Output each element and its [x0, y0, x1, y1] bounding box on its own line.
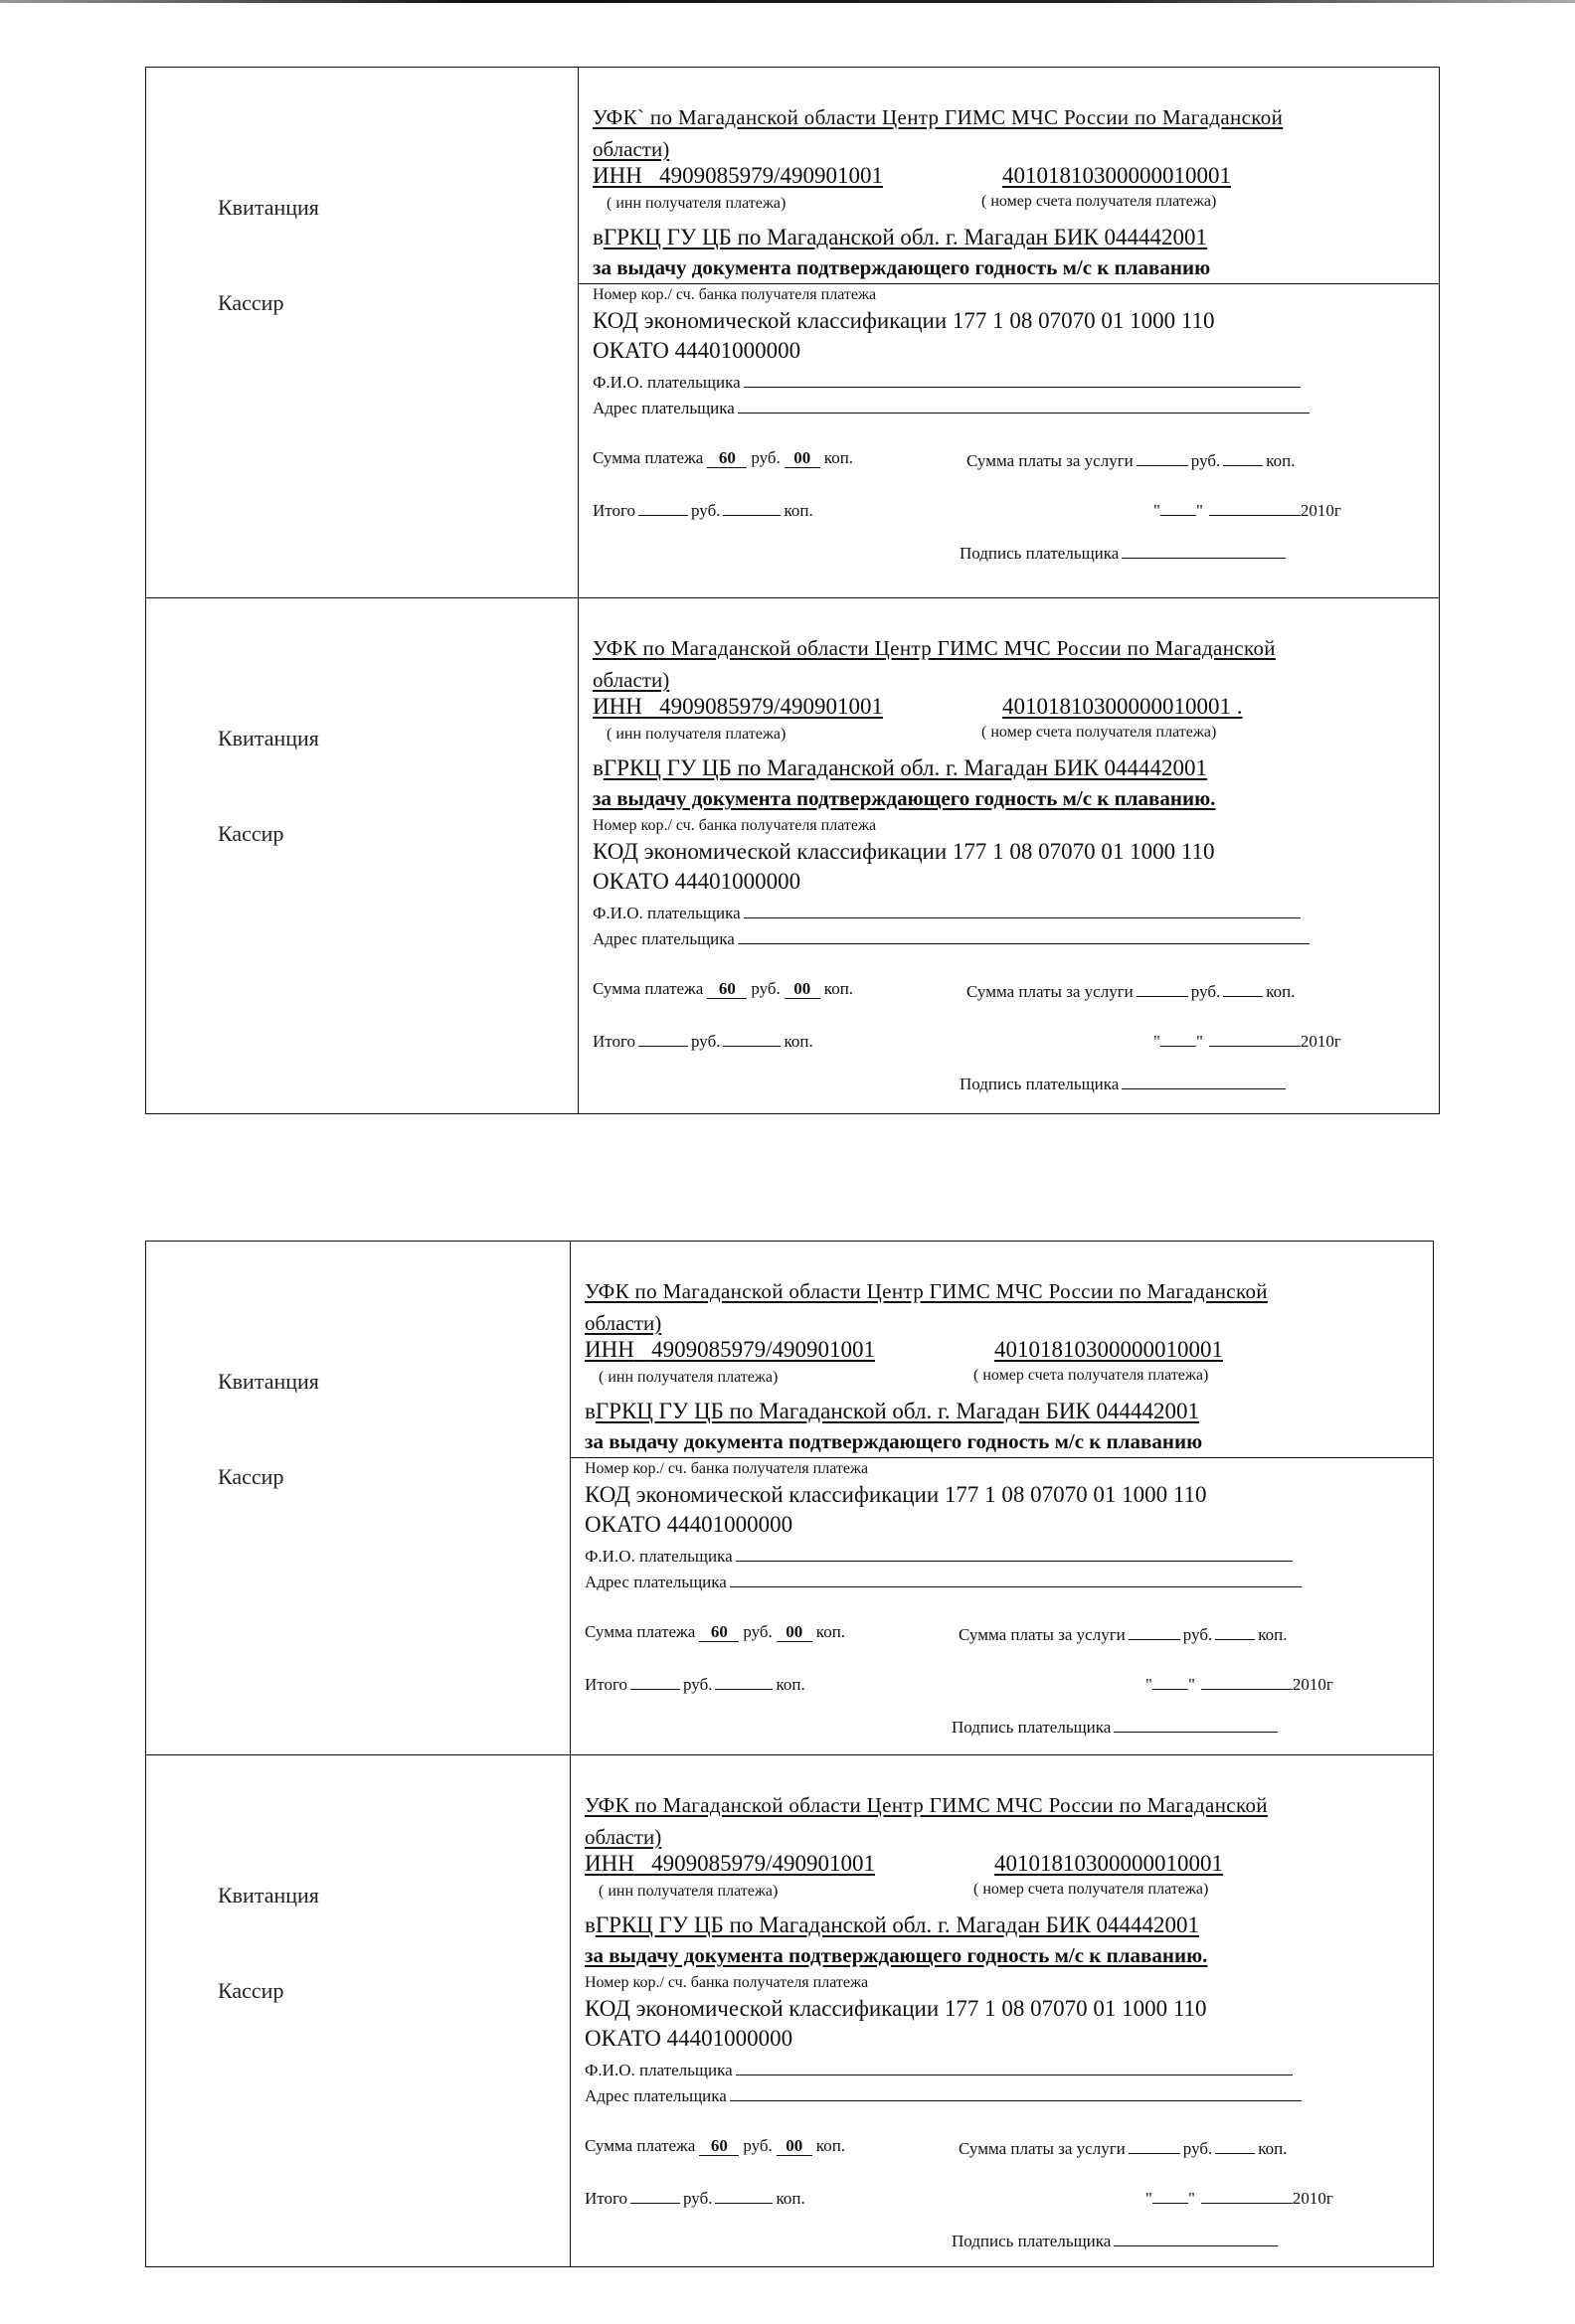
bank-prefix: в — [585, 1399, 596, 1423]
rub-label: руб. — [743, 2136, 772, 2155]
kop-label: коп. — [1266, 451, 1295, 470]
payer-address-field[interactable] — [730, 2083, 1302, 2101]
payer-address-label: Адрес плательщика — [593, 929, 735, 948]
payment-sum-row: Сумма платежа60руб.00коп. — [593, 448, 853, 468]
receipt-body: УФК по Магаданской области Центр ГИМС МЧ… — [571, 1242, 1433, 1754]
payment-purpose: за выдачу документа подтверждающего годн… — [585, 1943, 1207, 1968]
signature-row: Подпись плательщика — [952, 2229, 1281, 2251]
receipt-stub: Квитанция Кассир — [146, 598, 579, 1114]
payment-sum-kop: 00 — [777, 1623, 812, 1642]
account-caption: ( номер счета получателя платежа) — [981, 724, 1216, 742]
bank-name-bik: ГРКЦ ГУ ЦБ по Магаданской обл. г. Магада… — [596, 1912, 1199, 1937]
total-kop-field[interactable] — [715, 1672, 773, 1690]
total-row: Итогоруб.коп. — [585, 2186, 805, 2209]
account-caption: ( номер счета получателя платежа) — [973, 1367, 1208, 1385]
total-kop-field[interactable] — [715, 2186, 773, 2204]
total-row: Итогоруб.коп. — [593, 1029, 813, 1052]
date-day-field[interactable] — [1160, 1029, 1196, 1047]
date-month-field[interactable] — [1209, 1029, 1301, 1047]
signature-row: Подпись плательщика — [952, 1715, 1281, 1738]
payer-name-field[interactable] — [736, 1544, 1293, 1562]
bank-name-bik: ГРКЦ ГУ ЦБ по Магаданской обл. г. Магада… — [604, 225, 1207, 249]
payer-name-label: Ф.И.О. плательщика — [593, 904, 741, 922]
payee-name-line2: области) — [593, 137, 669, 162]
inn-account-line: ИНН 4909085979/4909010014010181030000001… — [585, 1851, 1223, 1877]
inn-label: ИНН — [585, 1337, 634, 1362]
service-fee-kop-field[interactable] — [1223, 448, 1263, 466]
rub-label: руб. — [751, 979, 780, 998]
rub-label: руб. — [751, 448, 780, 467]
year-label: 2010г — [1301, 1032, 1341, 1051]
inn-label: ИНН — [585, 1851, 634, 1876]
date-quote-close: " — [1188, 1675, 1195, 1694]
rub-label: руб. — [683, 2189, 712, 2208]
kop-label: коп. — [784, 1032, 812, 1051]
signature-row: Подпись плательщика — [960, 1072, 1289, 1094]
payment-purpose: за выдачу документа подтверждающего годн… — [593, 255, 1210, 280]
payment-sum-rub: 60 — [699, 2137, 739, 2156]
service-fee-row: Сумма платы за услугируб.коп. — [966, 448, 1296, 471]
date-month-field[interactable] — [1209, 498, 1301, 516]
kop-label: коп. — [776, 1675, 804, 1694]
bank-name-bik: ГРКЦ ГУ ЦБ по Магаданской обл. г. Магада… — [596, 1399, 1199, 1423]
total-label: Итого — [585, 1675, 627, 1694]
bank-line: вГРКЦ ГУ ЦБ по Магаданской обл. г. Магад… — [593, 225, 1207, 250]
cashier-label: Кассир — [218, 290, 283, 316]
payer-address-label: Адрес плательщика — [593, 399, 735, 417]
signature-field[interactable] — [1122, 1072, 1286, 1089]
bank-line: вГРКЦ ГУ ЦБ по Магаданской обл. г. Магад… — [585, 1912, 1199, 1938]
total-label: Итого — [593, 1032, 635, 1051]
inn-caption: ( инн получателя платежа) — [607, 195, 786, 213]
date-day-field[interactable] — [1160, 498, 1196, 516]
service-fee-row: Сумма платы за услугируб.коп. — [959, 1622, 1288, 1645]
cashier-label: Кассир — [218, 1978, 283, 2004]
service-fee-kop-field[interactable] — [1215, 2136, 1255, 2154]
payer-name-field[interactable] — [744, 370, 1301, 388]
payer-name-label: Ф.И.О. плательщика — [585, 1547, 733, 1566]
service-fee-label: Сумма платы за услуги — [959, 2139, 1126, 2158]
payment-sum-kop: 00 — [777, 2137, 812, 2156]
payment-sum-label: Сумма платежа — [593, 448, 703, 467]
total-row: Итогоруб.коп. — [593, 498, 813, 521]
payment-sum-label: Сумма платежа — [593, 979, 703, 998]
rub-label: руб. — [683, 1675, 712, 1694]
kop-label: коп. — [1258, 1625, 1287, 1644]
payee-name-line1: УФК по Магаданской области Центр ГИМС МЧ… — [593, 636, 1276, 661]
service-fee-row: Сумма платы за услугируб.коп. — [959, 2136, 1288, 2159]
service-fee-rub-field[interactable] — [1137, 979, 1188, 997]
inn-value: 4909085979/490901001 — [651, 1337, 875, 1362]
inn-label: ИНН — [593, 694, 642, 719]
payer-name-row: Ф.И.О. плательщика — [585, 2058, 1296, 2080]
payee-name-line1: УФК` по Магаданской области Центр ГИМС М… — [593, 105, 1283, 130]
bank-name-bik: ГРКЦ ГУ ЦБ по Магаданской обл. г. Магада… — [604, 755, 1207, 780]
payer-address-field[interactable] — [730, 1570, 1302, 1587]
payment-sum-kop: 00 — [785, 449, 820, 468]
payment-sum-rub: 60 — [707, 980, 747, 999]
receipt-stub: Квитанция Кассир — [146, 68, 579, 597]
bank-prefix: в — [585, 1912, 596, 1937]
signature-label: Подпись плательщика — [952, 2232, 1111, 2250]
inn-account-line: ИНН 4909085979/4909010014010181030000001… — [585, 1337, 1223, 1363]
service-fee-rub-field[interactable] — [1129, 2136, 1180, 2154]
date-row: ""2010г — [1145, 2186, 1333, 2209]
payer-address-row: Адрес плательщика — [585, 1570, 1305, 1592]
okato-line: ОКАТО 44401000000 — [585, 1512, 792, 1538]
kop-label: коп. — [816, 1622, 845, 1641]
total-row: Итогоруб.коп. — [585, 1672, 805, 1695]
payee-name-line2: области) — [585, 1825, 661, 1850]
account-value: 40101810300000010001 — [994, 1851, 1223, 1876]
payment-sum-label: Сумма платежа — [585, 2136, 695, 2155]
service-fee-rub-field[interactable] — [1137, 448, 1188, 466]
date-quote-open: " — [1153, 501, 1160, 520]
payer-name-row: Ф.И.О. плательщика — [593, 370, 1304, 393]
account-value: 40101810300000010001 — [1002, 163, 1231, 188]
receipt-stub: Квитанция Кассир — [146, 1242, 571, 1754]
date-quote-close: " — [1196, 1032, 1203, 1051]
payment-receipt: Квитанция Кассир УФК` по Магаданской обл… — [146, 68, 1439, 597]
payment-sum-label: Сумма платежа — [585, 1622, 695, 1641]
date-quote-open: " — [1145, 1675, 1152, 1694]
receipt-sheet-bottom: Квитанция Кассир УФК по Магаданской обла… — [145, 1241, 1434, 2267]
account-caption: ( номер счета получателя платежа) — [981, 193, 1216, 211]
payment-receipt: Квитанция Кассир УФК по Магаданской обла… — [146, 597, 1439, 1114]
payer-address-field[interactable] — [738, 396, 1310, 414]
service-fee-kop-field[interactable] — [1223, 979, 1263, 997]
inn-caption: ( инн получателя платежа) — [599, 1369, 778, 1387]
bank-prefix: в — [593, 755, 604, 780]
rub-label: руб. — [1191, 451, 1220, 470]
signature-label: Подпись плательщика — [960, 1075, 1119, 1093]
rub-label: руб. — [1191, 982, 1220, 1001]
payment-sum-rub: 60 — [707, 449, 747, 468]
service-fee-rub-field[interactable] — [1129, 1622, 1180, 1640]
rub-label: руб. — [1183, 1625, 1212, 1644]
payer-name-row: Ф.И.О. плательщика — [593, 901, 1304, 923]
date-row: ""2010г — [1153, 1029, 1341, 1052]
service-fee-label: Сумма платы за услуги — [966, 982, 1134, 1001]
kop-label: коп. — [1266, 982, 1295, 1001]
date-day-field[interactable] — [1152, 2186, 1188, 2204]
payer-name-field[interactable] — [736, 2058, 1293, 2075]
kop-label: коп. — [1258, 2139, 1287, 2158]
payment-receipt: Квитанция Кассир УФК по Магаданской обла… — [146, 1754, 1433, 2267]
receipt-stub: Квитанция Кассир — [146, 1755, 571, 2267]
date-month-field[interactable] — [1201, 1672, 1293, 1690]
payer-name-label: Ф.И.О. плательщика — [585, 2061, 733, 2079]
payee-name-line2: области) — [593, 668, 669, 693]
signature-field[interactable] — [1114, 1715, 1278, 1733]
corr-account-label: Номер кор./ сч. банка получателя платежа — [593, 286, 876, 304]
inn-caption: ( инн получателя платежа) — [607, 726, 786, 744]
okato-line: ОКАТО 44401000000 — [585, 2026, 792, 2052]
rub-label: руб. — [743, 1622, 772, 1641]
rub-label: руб. — [691, 1032, 720, 1051]
total-rub-field[interactable] — [638, 498, 688, 516]
receipt-sheet-top: Квитанция Кассир УФК` по Магаданской обл… — [145, 67, 1440, 1114]
kop-label: коп. — [824, 448, 853, 467]
account-caption: ( номер счета получателя платежа) — [973, 1881, 1208, 1899]
payer-address-field[interactable] — [738, 926, 1310, 944]
corr-account-label: Номер кор./ сч. банка получателя платежа — [585, 1974, 868, 1992]
payee-name-line1: УФК по Магаданской области Центр ГИМС МЧ… — [585, 1793, 1268, 1818]
signature-field[interactable] — [1114, 2229, 1278, 2246]
receipt-body: УФК по Магаданской области Центр ГИМС МЧ… — [571, 1755, 1433, 2267]
total-rub-field[interactable] — [638, 1029, 688, 1047]
payer-address-row: Адрес плательщика — [585, 2083, 1305, 2106]
signature-row: Подпись плательщика — [960, 541, 1289, 564]
inn-value: 4909085979/490901001 — [659, 694, 883, 719]
service-fee-label: Сумма платы за услуги — [966, 451, 1134, 470]
payer-name-row: Ф.И.О. плательщика — [585, 1544, 1296, 1567]
bank-line: вГРКЦ ГУ ЦБ по Магаданской обл. г. Магад… — [593, 755, 1207, 781]
scan-top-edge — [0, 0, 1575, 3]
corr-account-label: Номер кор./ сч. банка получателя платежа — [585, 1460, 868, 1478]
date-day-field[interactable] — [1152, 1672, 1188, 1690]
section-divider — [571, 1457, 1433, 1458]
signature-label: Подпись плательщика — [952, 1718, 1111, 1737]
receipt-body: УФК по Магаданской области Центр ГИМС МЧ… — [579, 598, 1439, 1114]
service-fee-kop-field[interactable] — [1215, 1622, 1255, 1640]
receipt-body: УФК` по Магаданской области Центр ГИМС М… — [579, 68, 1439, 597]
corr-account-label: Номер кор./ сч. банка получателя платежа — [593, 817, 876, 835]
account-value: 40101810300000010001 — [994, 1337, 1223, 1362]
signature-field[interactable] — [1122, 541, 1286, 559]
rub-label: руб. — [691, 501, 720, 520]
total-kop-field[interactable] — [723, 498, 781, 516]
signature-label: Подпись плательщика — [960, 544, 1119, 563]
payment-sum-row: Сумма платежа60руб.00коп. — [593, 979, 853, 999]
kbk-code-line: КОД экономической классификации 177 1 08… — [593, 839, 1215, 865]
cashier-label: Кассир — [218, 1464, 283, 1490]
inn-account-line: ИНН 4909085979/4909010014010181030000001… — [593, 163, 1231, 189]
payment-sum-row: Сумма платежа60руб.00коп. — [585, 2136, 845, 2156]
kop-label: коп. — [776, 2189, 804, 2208]
receipt-title: Квитанция — [218, 1369, 319, 1395]
payer-address-row: Адрес плательщика — [593, 926, 1312, 949]
year-label: 2010г — [1293, 2189, 1333, 2208]
service-fee-row: Сумма платы за услугируб.коп. — [966, 979, 1296, 1002]
date-quote-open: " — [1153, 1032, 1160, 1051]
inn-caption: ( инн получателя платежа) — [599, 1883, 778, 1901]
okato-line: ОКАТО 44401000000 — [593, 869, 800, 895]
kop-label: коп. — [816, 2136, 845, 2155]
inn-label: ИНН — [593, 163, 642, 188]
date-row: ""2010г — [1153, 498, 1341, 521]
payee-name-line1: УФК по Магаданской области Центр ГИМС МЧ… — [585, 1279, 1268, 1304]
receipt-title: Квитанция — [218, 1883, 319, 1909]
date-quote-close: " — [1188, 2189, 1195, 2208]
payee-name-line2: области) — [585, 1311, 661, 1336]
kbk-code-line: КОД экономической классификации 177 1 08… — [585, 1996, 1207, 2022]
payer-address-label: Адрес плательщика — [585, 2086, 727, 2105]
section-divider — [579, 283, 1439, 284]
payment-sum-row: Сумма платежа60руб.00коп. — [585, 1622, 845, 1642]
payment-receipt: Квитанция Кассир УФК по Магаданской обла… — [146, 1242, 1433, 1754]
date-quote-close: " — [1196, 501, 1203, 520]
kop-label: коп. — [824, 979, 853, 998]
bank-line: вГРКЦ ГУ ЦБ по Магаданской обл. г. Магад… — [585, 1399, 1199, 1424]
payer-name-label: Ф.И.О. плательщика — [593, 373, 741, 392]
kbk-code-line: КОД экономической классификации 177 1 08… — [593, 308, 1215, 334]
kbk-code-line: КОД экономической классификации 177 1 08… — [585, 1482, 1207, 1508]
total-kop-field[interactable] — [723, 1029, 781, 1047]
inn-value: 4909085979/490901001 — [659, 163, 883, 188]
date-month-field[interactable] — [1201, 2186, 1293, 2204]
payer-address-row: Адрес плательщика — [593, 396, 1312, 418]
total-label: Итого — [593, 501, 635, 520]
total-rub-field[interactable] — [630, 2186, 680, 2204]
total-label: Итого — [585, 2189, 627, 2208]
payment-purpose: за выдачу документа подтверждающего годн… — [585, 1429, 1202, 1454]
payment-purpose: за выдачу документа подтверждающего годн… — [593, 786, 1215, 811]
date-row: ""2010г — [1145, 1672, 1333, 1695]
service-fee-label: Сумма платы за услуги — [959, 1625, 1126, 1644]
inn-value: 4909085979/490901001 — [651, 1851, 875, 1876]
payment-sum-rub: 60 — [699, 1623, 739, 1642]
payer-name-field[interactable] — [744, 901, 1301, 918]
payer-address-label: Адрес плательщика — [585, 1573, 727, 1591]
year-label: 2010г — [1293, 1675, 1333, 1694]
receipt-title: Квитанция — [218, 726, 319, 751]
rub-label: руб. — [1183, 2139, 1212, 2158]
date-quote-open: " — [1145, 2189, 1152, 2208]
receipt-title: Квитанция — [218, 195, 319, 221]
okato-line: ОКАТО 44401000000 — [593, 338, 800, 364]
payment-sum-kop: 00 — [785, 980, 820, 999]
bank-prefix: в — [593, 225, 604, 249]
year-label: 2010г — [1301, 501, 1341, 520]
kop-label: коп. — [784, 501, 812, 520]
total-rub-field[interactable] — [630, 1672, 680, 1690]
inn-account-line: ИНН 4909085979/4909010014010181030000001… — [593, 694, 1242, 720]
account-value: 40101810300000010001 . — [1002, 694, 1243, 719]
cashier-label: Кассир — [218, 821, 283, 847]
